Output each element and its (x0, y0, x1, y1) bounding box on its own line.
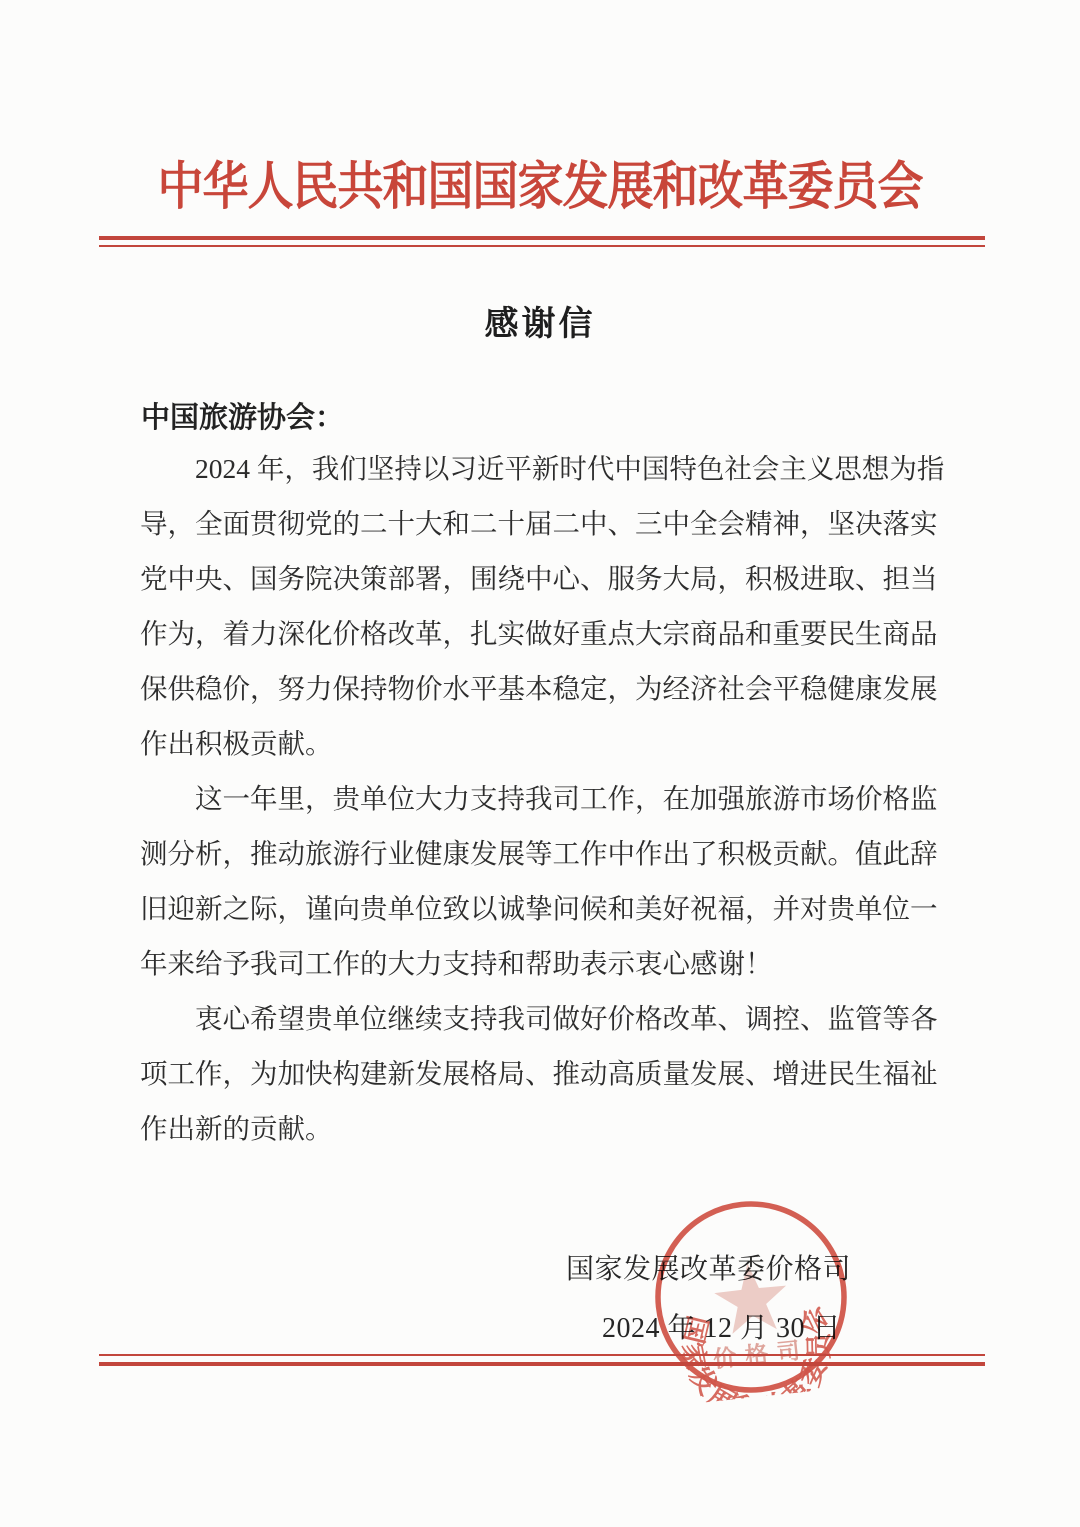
letterhead-rule-thin (99, 245, 985, 247)
paragraph-2: 这一年里，贵单位大力支持我司工作，在加强旅游市场价格监 测分析，推动旅游行业健康… (140, 771, 952, 991)
footer-rule-thick (99, 1362, 985, 1366)
footer-rule-thin (99, 1354, 985, 1356)
letter-page: 中华人民共和国国家发展和改革委员会 感谢信 中国旅游协会： 2024 年，我们坚… (0, 0, 1080, 1527)
letter-title: 感谢信 (0, 296, 1080, 345)
paragraph-1: 2024 年，我们坚持以习近平新时代中国特色社会主义思想为指 导，全面贯彻党的二… (140, 441, 952, 771)
letter-body: 2024 年，我们坚持以习近平新时代中国特色社会主义思想为指 导，全面贯彻党的二… (140, 441, 952, 1156)
paragraph-3: 衷心希望贵单位继续支持我司做好价格改革、调控、监管等各 项工作，为加快构建新发展… (140, 991, 952, 1156)
letterhead-org-name: 中华人民共和国国家发展和改革委员会 (0, 146, 1080, 220)
star-icon (712, 1259, 791, 1335)
salutation: 中国旅游协会： (141, 395, 344, 436)
official-seal: 国家发展和改革委员会 价格司 (641, 1187, 861, 1407)
letterhead-rule-thick (99, 236, 985, 240)
